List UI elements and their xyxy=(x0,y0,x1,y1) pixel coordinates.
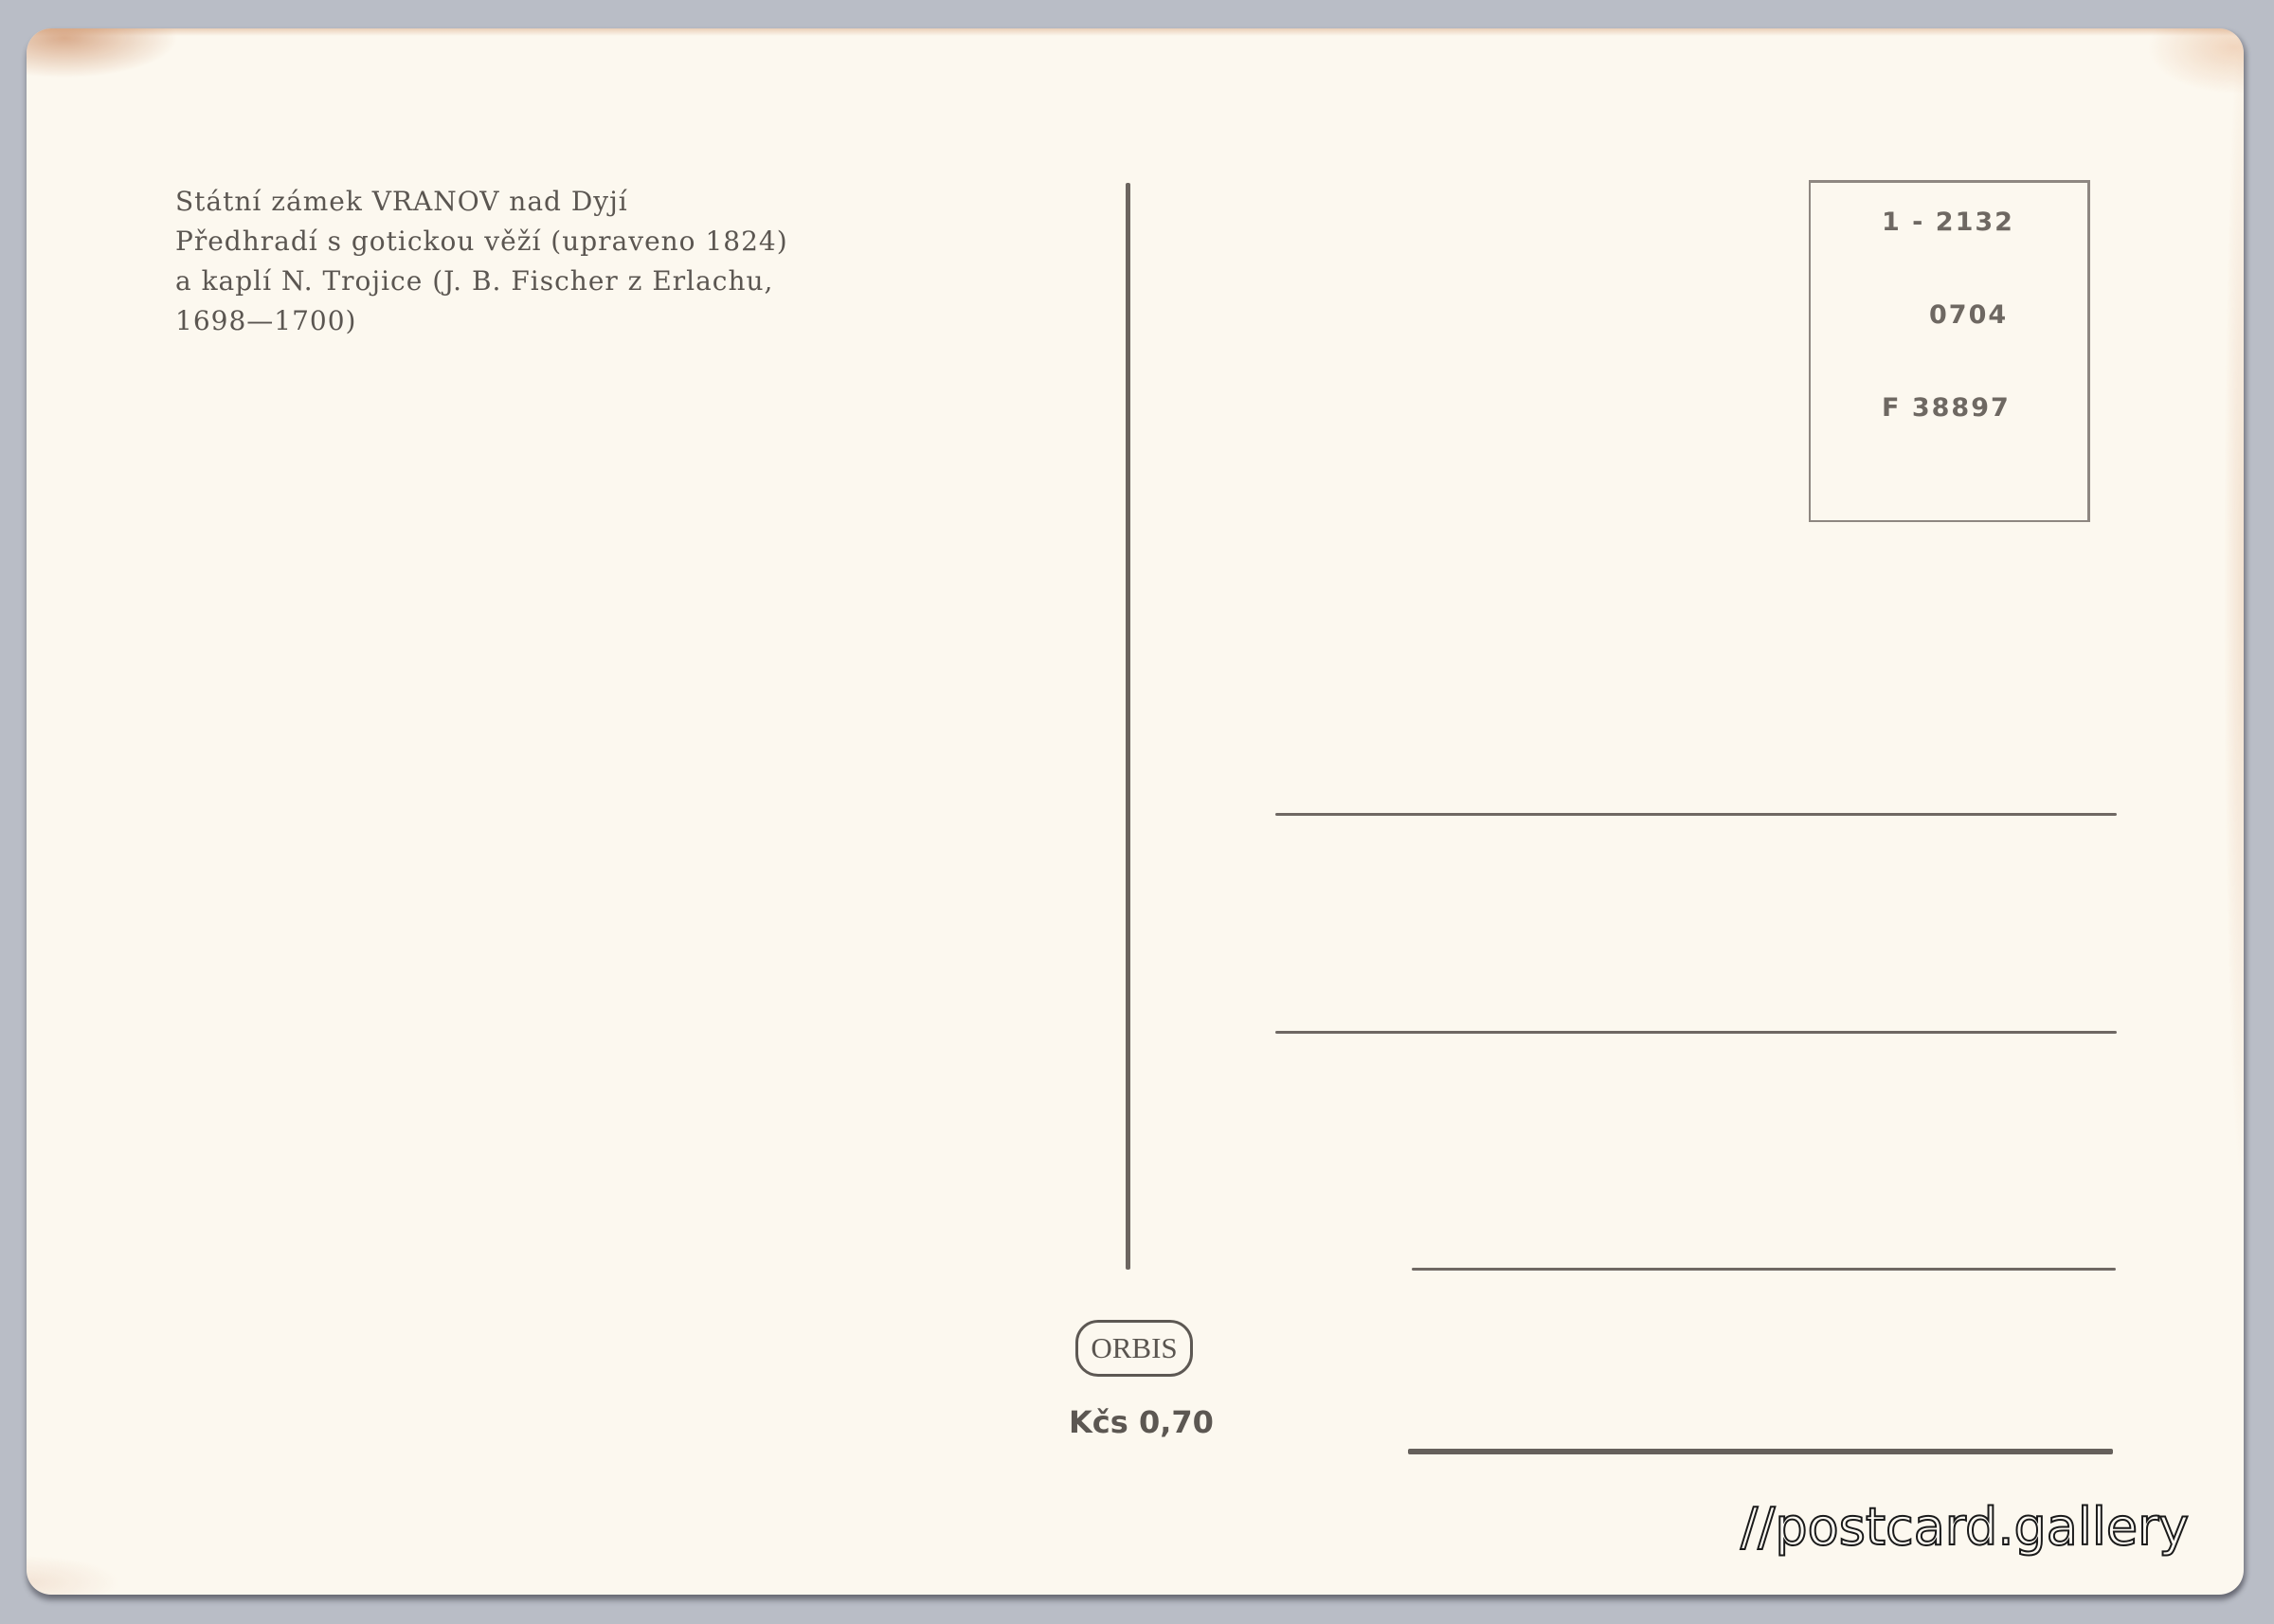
stamp-box: 1 - 2132 0704 F 38897 xyxy=(1809,180,2090,522)
caption-line: Předhradí s gotickou věží (upraveno 1824… xyxy=(175,222,788,262)
address-line xyxy=(1412,1268,2116,1271)
caption-line: a kaplí N. Trojice (J. B. Fischer z Erla… xyxy=(175,262,788,301)
address-line xyxy=(1275,813,2117,816)
postcard-back: Státní zámek VRANOV nad Dyjí Předhradí s… xyxy=(27,28,2244,1595)
watermark: //postcard.gallery xyxy=(1741,1497,2189,1557)
price-label: Kčs 0,70 xyxy=(1069,1404,1214,1440)
stamp-code-line: 1 - 2132 xyxy=(1882,208,2014,237)
postcard-caption: Státní zámek VRANOV nad Dyjí Předhradí s… xyxy=(175,182,788,341)
address-line xyxy=(1408,1449,2113,1454)
caption-line: 1698—1700) xyxy=(175,301,788,341)
stamp-code-line: F 38897 xyxy=(1882,393,2011,423)
address-line xyxy=(1275,1031,2117,1034)
center-divider xyxy=(1126,183,1130,1270)
caption-line: Státní zámek VRANOV nad Dyjí xyxy=(175,182,788,222)
orbis-publisher-logo: ORBIS xyxy=(1075,1320,1193,1377)
stamp-code-line: 0704 xyxy=(1929,300,2008,330)
